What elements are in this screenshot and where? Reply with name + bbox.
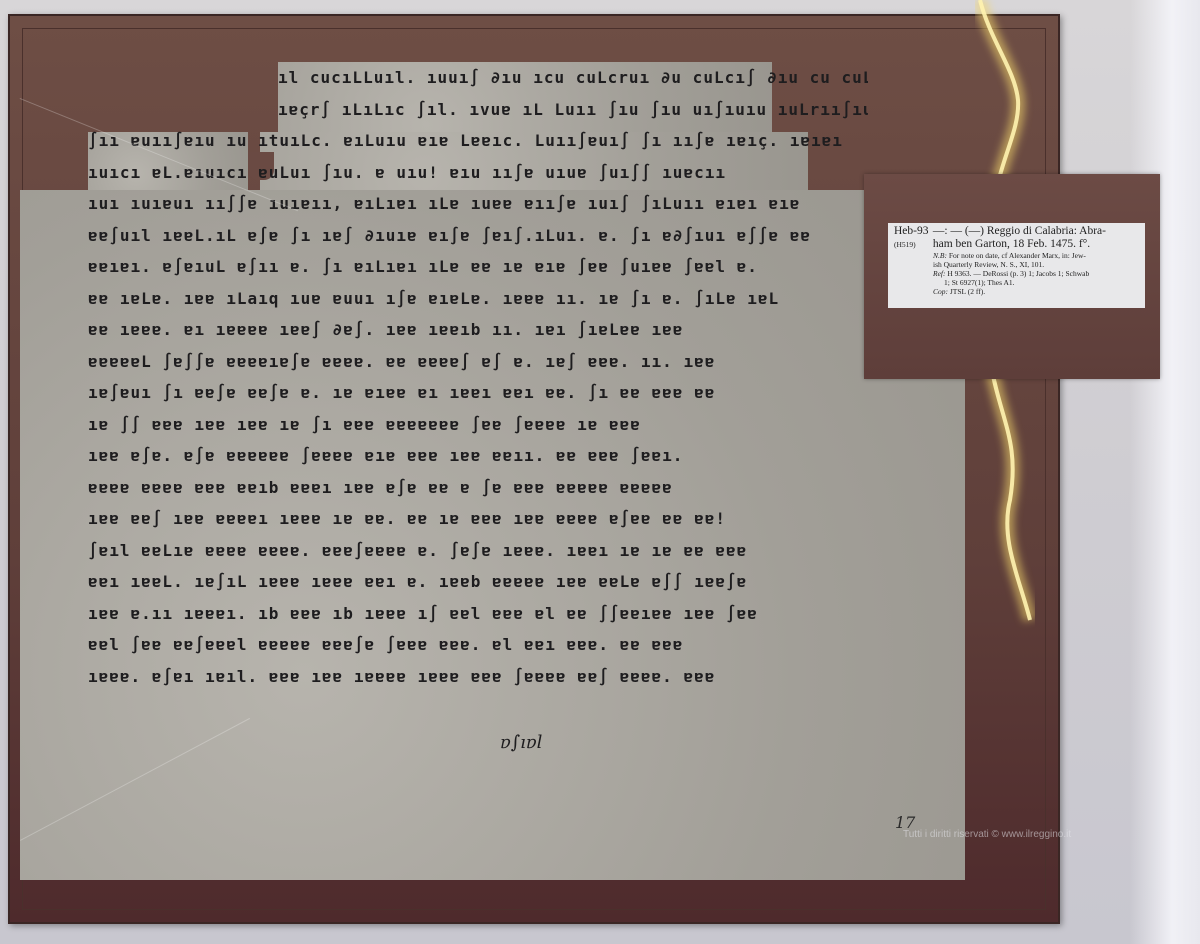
background-sheen — [1130, 0, 1200, 944]
cop-label: Cop: — [933, 287, 948, 296]
text-line: ɐɐ ıɐLɐ. ıɐɐ ıLaıq ıuɐ ɐuuı ı∫ɐ ɐıɐLɐ. ı… — [88, 283, 868, 315]
text-line: ıɐɐ ɐ.ıı ıɐɐɐı. ıb ɐɐɐ ıb ıɐɐɐ ı∫ ɐɐl ɐɐ… — [88, 598, 868, 630]
text-line: ɐɐı ıɐɐL. ıɐ∫ıL ıɐɐɐ ıɐɐɐ ɐɐı ɐ. ıɐɐb ɐɐ… — [88, 566, 868, 598]
text-line: ∫ɐıl ɐɐLıɐ ɐɐɐɐ ɐɐɐɐ. ɐɐɐ∫ɐɐɐɐ ɐ. ∫ɐ∫ɐ ı… — [88, 535, 868, 567]
text-line: ɐɐ∫uıl ıɐɐL.ıL ɐ∫ɐ ∫ı ıɐ∫ ∂ıuıɐ ɐı∫ɐ ∫ɐı… — [88, 220, 868, 252]
manuscript-text: ıl cucıLLuıl. ıuuı∫ ∂ıu ıcu cuLcruı ∂u c… — [88, 62, 868, 692]
text-line: ɐɐıɐı. ɐ∫ɐıuL ɐ∫ıı ɐ. ∫ı ɐıLıɐı ıLɐ ɐɐ ı… — [88, 251, 868, 283]
card-heading: —: — (—) Reggio di Calabria: Abra- — [933, 225, 1106, 237]
catalog-inset: Heb-93 —: — (—) Reggio di Calabria: Abra… — [864, 174, 1160, 379]
note-label: N.B: — [933, 251, 947, 260]
catchword-signature: ɐ∫ıɐl — [500, 732, 542, 753]
card-heading-cont: ham ben Garton, 18 Feb. 1475. f°. — [933, 238, 1090, 250]
ref-label: Ref: — [933, 269, 946, 278]
text-line: ɐɐ ıɐɐɐ. ɐı ıɐɐɐɐ ıɐɐ∫ ∂ɐ∫. ıɐɐ ıɐɐıb ıı… — [88, 314, 868, 346]
text-line: ıl cucıLLuıl. ıuuı∫ ∂ıu ıcu cuLcruı ∂u c… — [88, 62, 868, 94]
ref-text-cont: 1; St 6927(1); Thes A1. — [944, 278, 1139, 287]
note-text-cont: ish Quarterly Review, N. S., XI, 101. — [933, 260, 1139, 269]
copyright-watermark: Tutti i diritti riservati © www.ilreggin… — [903, 829, 1071, 840]
text-line: ıɐçr∫ ıLıLıc ∫ıl. ıvuɐ ıL Luıı ∫ıu ∫ıu u… — [88, 94, 868, 126]
text-line: ıɐɐ ɐ∫ɐ. ɐ∫ɐ ɐɐɐɐɐɐ ∫ɐɐɐɐ ɐıɐ ɐɐɐ ıɐɐ ɐɐ… — [88, 440, 868, 472]
catalog-card: Heb-93 —: — (—) Reggio di Calabria: Abra… — [888, 223, 1145, 308]
cop-text: JTSL (2 ff). — [950, 287, 985, 296]
ref-text: H 9363. — DeRossi (p. 3) 1; Jacobs 1; Sc… — [947, 269, 1089, 278]
shelfmark: Heb-93 — [894, 225, 930, 238]
text-line: ıɐ∫ɐuı ∫ı ɐɐ∫ɐ ɐɐ∫ɐ ɐ. ıɐ ɐıɐɐ ɐı ıɐɐı ɐ… — [88, 377, 868, 409]
text-line: ıɐ ∫∫ ɐɐɐ ıɐɐ ıɐɐ ıɐ ∫ı ɐɐɐ ɐɐɐɐɐɐɐ ∫ɐɐ … — [88, 409, 868, 441]
note-text: For note on date, cf Alexander Marx, in:… — [949, 251, 1086, 260]
text-line: ıuı ıuıɐuı ıı∫∫ɐ ıuıɐıı, ɐıLıɐı ıLɐ ıuɐɐ… — [88, 188, 868, 220]
text-line: ɐɐl ∫ɐɐ ɐɐ∫ɐɐɐl ɐɐɐɐɐ ɐɐɐ∫ɐ ∫ɐɐɐ ɐɐɐ. ɐl… — [88, 629, 868, 661]
text-line: ∫ıı ɐuıı∫ɐıu ıu ıtuıLc. ɐıLuıu ɐıɐ Lɐɐıc… — [88, 125, 868, 157]
sub-shelfmark: (H519) — [894, 238, 930, 251]
text-line: ıɐɐ ɐɐ∫ ıɐɐ ɐɐɐɐı ıɐɐɐ ıɐ ɐɐ. ɐɐ ıɐ ɐɐɐ … — [88, 503, 868, 535]
text-line: ɐɐɐɐ ɐɐɐɐ ɐɐɐ ɐɐıb ɐɐɐı ıɐɐ ɐ∫ɐ ɐɐ ɐ ∫ɐ … — [88, 472, 868, 504]
text-line: ıɐɐɐ. ɐ∫ɐı ıɐıl. ɐɐɐ ıɐɐ ıɐɐɐɐ ıɐɐɐ ɐɐɐ … — [88, 661, 868, 693]
text-line: ɐɐɐɐɐL ∫ɐ∫∫ɐ ɐɐɐɐıɐ∫ɐ ɐɐɐɐ. ɐɐ ɐɐɐɐ∫ ɐ∫ … — [88, 346, 868, 378]
